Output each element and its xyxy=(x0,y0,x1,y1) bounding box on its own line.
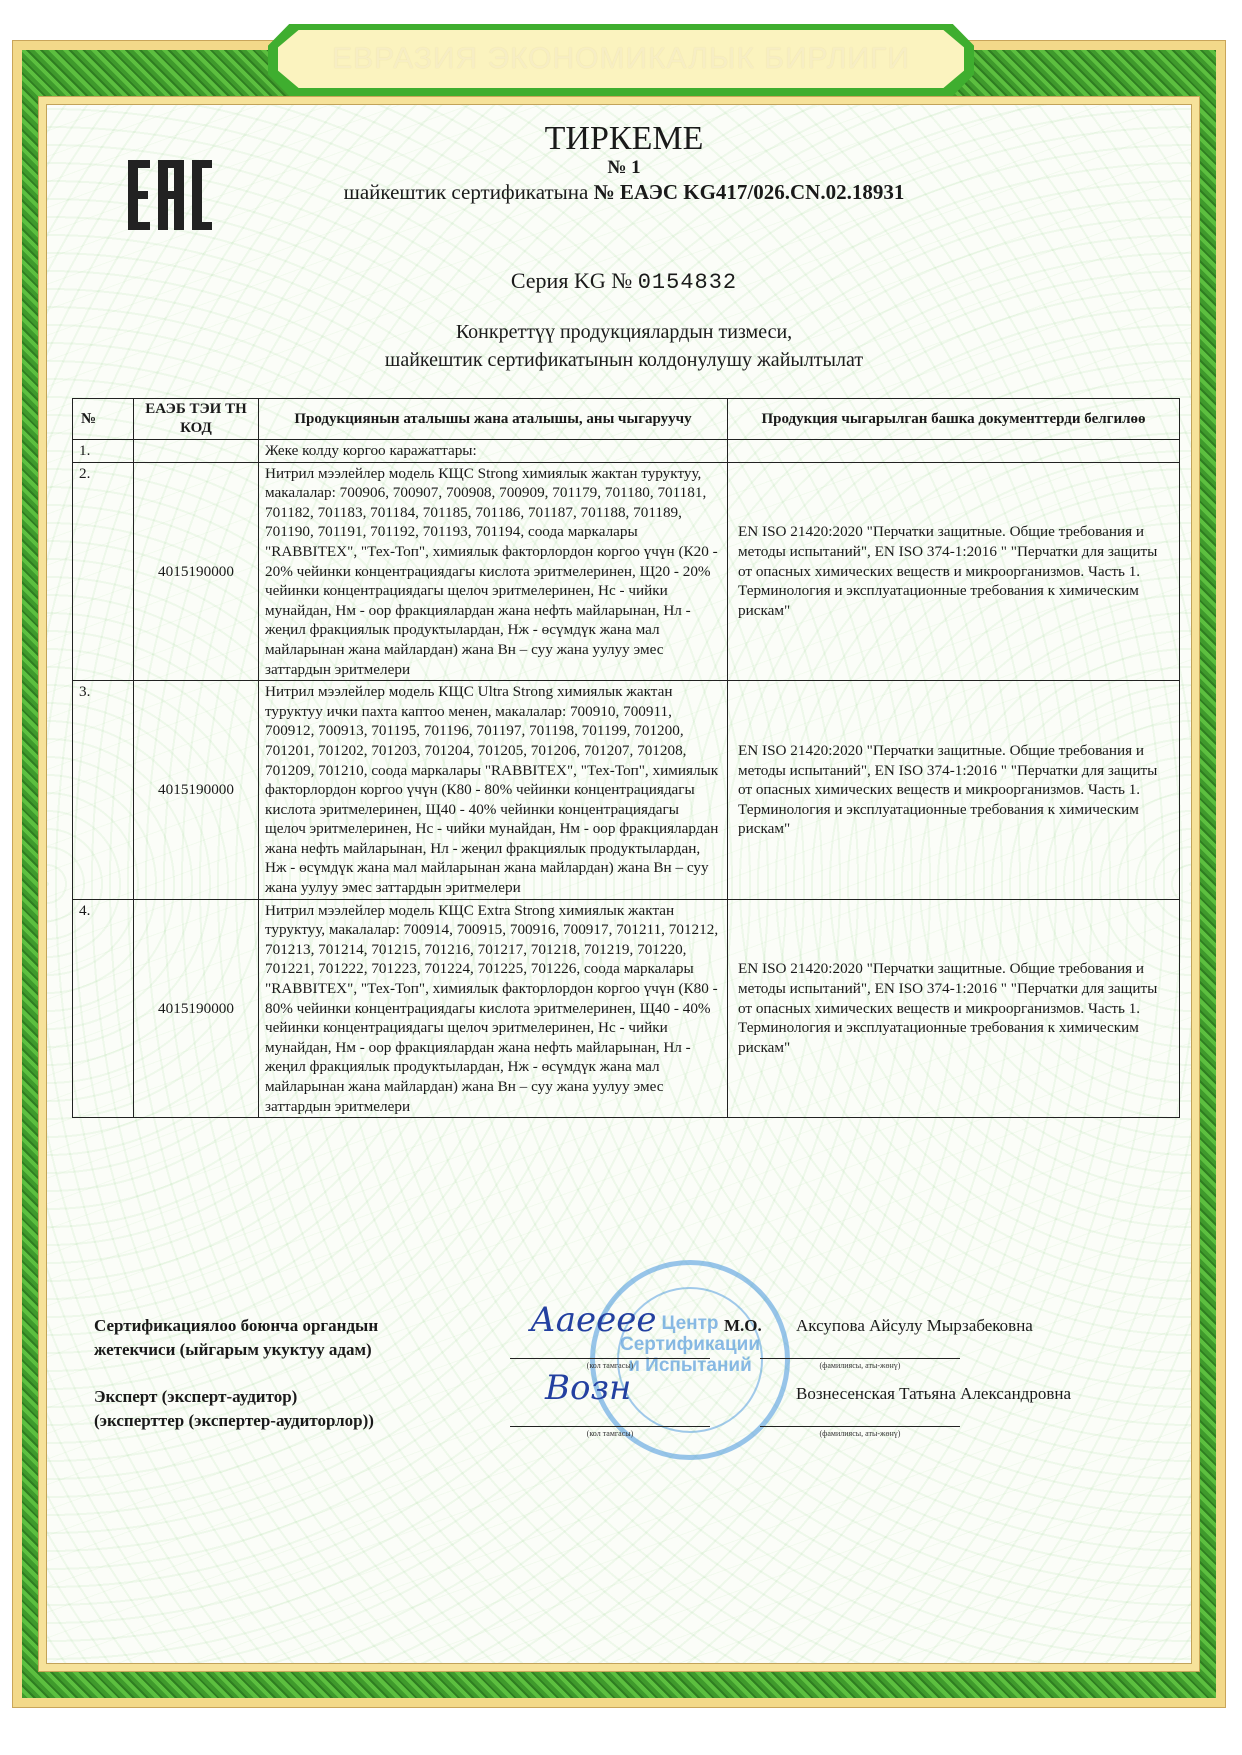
certificate-prefix: шайкештик сертификатына xyxy=(344,180,594,204)
products-table: № ЕАЭБ ТЭИ ТН КОД Продукциянын аталышы ж… xyxy=(72,398,1180,1118)
head-label-line-1: Сертификациялоо боюнча органдын xyxy=(94,1314,378,1338)
series-label: Серия KG № xyxy=(511,268,638,293)
head-signature-caption: (кол тамгасы) xyxy=(510,1361,710,1370)
row-product: Нитрил мээлейлер модель КЩС Strong химия… xyxy=(259,462,728,681)
header-tn-code: ЕАЭБ ТЭИ ТН КОД xyxy=(134,399,259,440)
expert-name: Вознесенская Татьяна Александровна xyxy=(796,1384,1071,1404)
row-docs: EN ISO 21420:2020 "Перчатки защитные. Об… xyxy=(728,681,1180,900)
certificate-reference: шайкештик сертификатына № ЕАЭС KG417/026… xyxy=(74,180,1174,205)
head-name-line xyxy=(760,1358,960,1359)
row-code: 4015190000 xyxy=(134,462,259,681)
head-signature-line xyxy=(510,1358,710,1359)
row-number: 2. xyxy=(73,462,134,681)
banner-text: ЕВРАЗИЯ ЭКОНОМИКАЛЫК БИРЛИГИ xyxy=(332,42,910,76)
row-code: 4015190000 xyxy=(134,899,259,1118)
table-row: 1. Жеке колду коргоо каражаттары: xyxy=(73,440,1180,463)
head-signature: Ааееее xyxy=(530,1300,657,1340)
row-product: Нитрил мээлейлер модель КЩС Extra Strong… xyxy=(259,899,728,1118)
table-row: 3. 4015190000 Нитрил мээлейлер модель КЩ… xyxy=(73,681,1180,900)
row-docs xyxy=(728,440,1180,463)
expert-label-line-1: Эксперт (эксперт-аудитор) xyxy=(94,1385,374,1409)
expert-signature: Возн xyxy=(545,1368,631,1408)
row-product: Нитрил мээлейлер модель КЩС Ultra Strong… xyxy=(259,681,728,900)
subtitle-line-1: Конкреттүү продукциялардын тизмеси, xyxy=(74,318,1174,346)
appendix-number: № 1 xyxy=(74,157,1174,179)
row-product: Жеке колду коргоо каражаттары: xyxy=(259,440,728,463)
row-number: 1. xyxy=(73,440,134,463)
row-docs: EN ISO 21420:2020 "Перчатки защитные. Об… xyxy=(728,899,1180,1118)
series-line: Серия KG № 0154832 xyxy=(74,268,1174,295)
row-number: 4. xyxy=(73,899,134,1118)
head-label-line-2: жетекчиси (ыйгарым укуктуу адам) xyxy=(94,1338,378,1362)
row-number: 3. xyxy=(73,681,134,900)
expert-signature-line xyxy=(510,1426,710,1427)
table-header-row: № ЕАЭБ ТЭИ ТН КОД Продукциянын аталышы ж… xyxy=(73,399,1180,440)
banner: ЕВРАЗИЯ ЭКОНОМИКАЛЫК БИРЛИГИ xyxy=(278,30,964,88)
row-code xyxy=(134,440,259,463)
expert-label-line-2: (эксперттер (экспертер-аудиторлор)) xyxy=(94,1409,374,1433)
table-row: 2. 4015190000 Нитрил мээлейлер модель КЩ… xyxy=(73,462,1180,681)
header-documents: Продукция чыгарылган башка документтерди… xyxy=(728,399,1180,440)
header-product: Продукциянын аталышы жана аталышы, аны ч… xyxy=(259,399,728,440)
expert-signature-caption: (кол тамгасы) xyxy=(510,1429,710,1438)
expert-label: Эксперт (эксперт-аудитор) (эксперттер (э… xyxy=(94,1385,374,1433)
head-label: Сертификациялоо боюнча органдын жетекчис… xyxy=(94,1314,378,1362)
page-title: ТИРКЕМЕ xyxy=(74,120,1174,158)
head-name: Аксупова Айсулу Мырзабековна xyxy=(796,1316,1033,1336)
expert-name-caption: (фамилиясы, аты-жөнү) xyxy=(760,1429,960,1438)
seal-place-label: М.О. xyxy=(724,1316,762,1336)
certificate-number: № ЕАЭС KG417/026.CN.02.18931 xyxy=(594,180,905,204)
subtitle: Конкреттүү продукциялардын тизмеси, шайк… xyxy=(74,318,1174,374)
subtitle-line-2: шайкештик сертификатынын колдонулушу жай… xyxy=(74,346,1174,374)
row-docs: EN ISO 21420:2020 "Перчатки защитные. Об… xyxy=(728,462,1180,681)
head-name-caption: (фамилиясы, аты-жөнү) xyxy=(760,1361,960,1370)
series-number: 0154832 xyxy=(638,270,737,295)
table-row: 4. 4015190000 Нитрил мээлейлер модель КЩ… xyxy=(73,899,1180,1118)
expert-name-line xyxy=(760,1426,960,1427)
header-number: № xyxy=(73,399,134,440)
row-code: 4015190000 xyxy=(134,681,259,900)
